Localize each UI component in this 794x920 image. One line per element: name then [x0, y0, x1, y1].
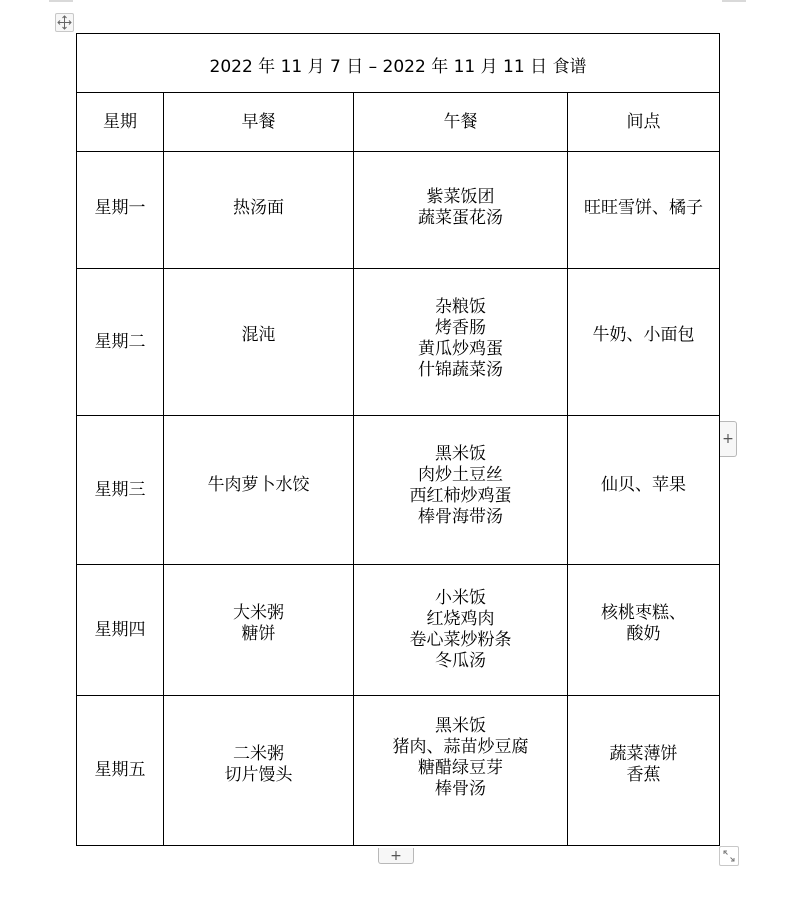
- table-row: 星期二 混沌 杂粮饭 烤香肠 黄瓜炒鸡蛋 什锦蔬菜汤 牛奶、小面包: [77, 269, 720, 416]
- plus-icon: +: [722, 431, 734, 447]
- weekly-menu-table: 2022 年 11 月 7 日 – 2022 年 11 月 11 日 食谱 星期…: [76, 33, 720, 846]
- lunch-item: 杂粮饭: [358, 297, 563, 318]
- lunch-item: 棒骨汤: [358, 779, 563, 800]
- lunch-item: 小米饭: [358, 588, 563, 609]
- day-label: 星期一: [95, 198, 146, 218]
- header-snack[interactable]: 间点: [568, 93, 720, 152]
- lunch-item: 紫菜饭团: [358, 187, 563, 208]
- lunch-item: 卷心菜炒粉条: [358, 630, 563, 651]
- snack-cell[interactable]: 旺旺雪饼、橘子: [568, 152, 720, 269]
- day-cell[interactable]: 星期三: [77, 416, 164, 565]
- day-cell[interactable]: 星期五: [77, 696, 164, 846]
- lunch-cell[interactable]: 紫菜饭团 蔬菜蛋花汤: [354, 152, 568, 269]
- page-corner-marker-left: [49, 0, 73, 2]
- add-column-button[interactable]: +: [720, 421, 737, 457]
- lunch-cell[interactable]: 杂粮饭 烤香肠 黄瓜炒鸡蛋 什锦蔬菜汤: [354, 269, 568, 416]
- snack-item: 核桃枣糕、: [572, 603, 715, 624]
- lunch-item: 烤香肠: [358, 318, 563, 339]
- breakfast-item: 牛肉萝卜水饺: [168, 475, 349, 496]
- lunch-cell[interactable]: 小米饭 红烧鸡肉 卷心菜炒粉条 冬瓜汤: [354, 565, 568, 696]
- breakfast-cell[interactable]: 热汤面: [164, 152, 354, 269]
- snack-item: 香蕉: [572, 765, 715, 786]
- day-cell[interactable]: 星期一: [77, 152, 164, 269]
- page-corner-marker-right: [722, 0, 746, 2]
- breakfast-item: 大米粥: [168, 603, 349, 624]
- breakfast-item: 切片馒头: [168, 765, 349, 786]
- breakfast-item: 热汤面: [168, 198, 349, 219]
- table-row: 星期五 二米粥 切片馒头 黑米饭 猪肉、蒜苗炒豆腐 糖醋绿豆芽 棒骨汤 蔬菜薄饼…: [77, 696, 720, 846]
- lunch-item: 黑米饭: [358, 716, 563, 737]
- day-label: 星期四: [95, 620, 146, 640]
- lunch-item: 黄瓜炒鸡蛋: [358, 339, 563, 360]
- snack-item: 仙贝、苹果: [572, 475, 715, 496]
- snack-cell[interactable]: 核桃枣糕、 酸奶: [568, 565, 720, 696]
- snack-cell[interactable]: 牛奶、小面包: [568, 269, 720, 416]
- lunch-item: 什锦蔬菜汤: [358, 360, 563, 381]
- add-row-button[interactable]: +: [378, 848, 414, 864]
- snack-item: 旺旺雪饼、橘子: [572, 198, 715, 219]
- lunch-item: 西红柿炒鸡蛋: [358, 486, 563, 507]
- lunch-cell[interactable]: 黑米饭 猪肉、蒜苗炒豆腐 糖醋绿豆芽 棒骨汤: [354, 696, 568, 846]
- breakfast-cell[interactable]: 牛肉萝卜水饺: [164, 416, 354, 565]
- table-resize-handle[interactable]: [719, 846, 739, 866]
- lunch-item: 黑米饭: [358, 444, 563, 465]
- snack-item: 酸奶: [572, 624, 715, 645]
- table-title-cell[interactable]: 2022 年 11 月 7 日 – 2022 年 11 月 11 日 食谱: [77, 34, 720, 93]
- header-lunch[interactable]: 午餐: [354, 93, 568, 152]
- header-row: 星期 早餐 午餐 间点: [77, 93, 720, 152]
- table-title: 2022 年 11 月 7 日 – 2022 年 11 月 11 日 食谱: [210, 49, 587, 78]
- breakfast-item: 二米粥: [168, 744, 349, 765]
- breakfast-item: 混沌: [168, 325, 349, 346]
- breakfast-cell[interactable]: 混沌: [164, 269, 354, 416]
- lunch-item: 棒骨海带汤: [358, 507, 563, 528]
- table-row: 星期四 大米粥 糖饼 小米饭 红烧鸡肉 卷心菜炒粉条 冬瓜汤 核桃枣糕、 酸奶: [77, 565, 720, 696]
- snack-item: 牛奶、小面包: [572, 325, 715, 346]
- lunch-cell[interactable]: 黑米饭 肉炒土豆丝 西红柿炒鸡蛋 棒骨海带汤: [354, 416, 568, 565]
- snack-cell[interactable]: 蔬菜薄饼 香蕉: [568, 696, 720, 846]
- day-cell[interactable]: 星期四: [77, 565, 164, 696]
- header-breakfast[interactable]: 早餐: [164, 93, 354, 152]
- table-row: 星期三 牛肉萝卜水饺 黑米饭 肉炒土豆丝 西红柿炒鸡蛋 棒骨海带汤 仙贝、苹果: [77, 416, 720, 565]
- plus-icon: +: [390, 848, 402, 864]
- lunch-item: 糖醋绿豆芽: [358, 758, 563, 779]
- day-label: 星期二: [95, 332, 146, 352]
- table-row: 星期一 热汤面 紫菜饭团 蔬菜蛋花汤 旺旺雪饼、橘子: [77, 152, 720, 269]
- lunch-item: 猪肉、蒜苗炒豆腐: [358, 737, 563, 758]
- lunch-item: 红烧鸡肉: [358, 609, 563, 630]
- snack-item: 蔬菜薄饼: [572, 744, 715, 765]
- breakfast-cell[interactable]: 大米粥 糖饼: [164, 565, 354, 696]
- breakfast-item: 糖饼: [168, 624, 349, 645]
- day-cell[interactable]: 星期二: [77, 269, 164, 416]
- move-arrows-icon: [57, 15, 72, 30]
- header-day[interactable]: 星期: [77, 93, 164, 152]
- lunch-item: 肉炒土豆丝: [358, 465, 563, 486]
- day-label: 星期三: [95, 480, 146, 500]
- snack-cell[interactable]: 仙贝、苹果: [568, 416, 720, 565]
- lunch-item: 蔬菜蛋花汤: [358, 208, 563, 229]
- resize-diagonal-icon: [722, 849, 736, 863]
- breakfast-cell[interactable]: 二米粥 切片馒头: [164, 696, 354, 846]
- lunch-item: 冬瓜汤: [358, 651, 563, 672]
- day-label: 星期五: [95, 760, 146, 780]
- table-move-handle[interactable]: [55, 13, 74, 32]
